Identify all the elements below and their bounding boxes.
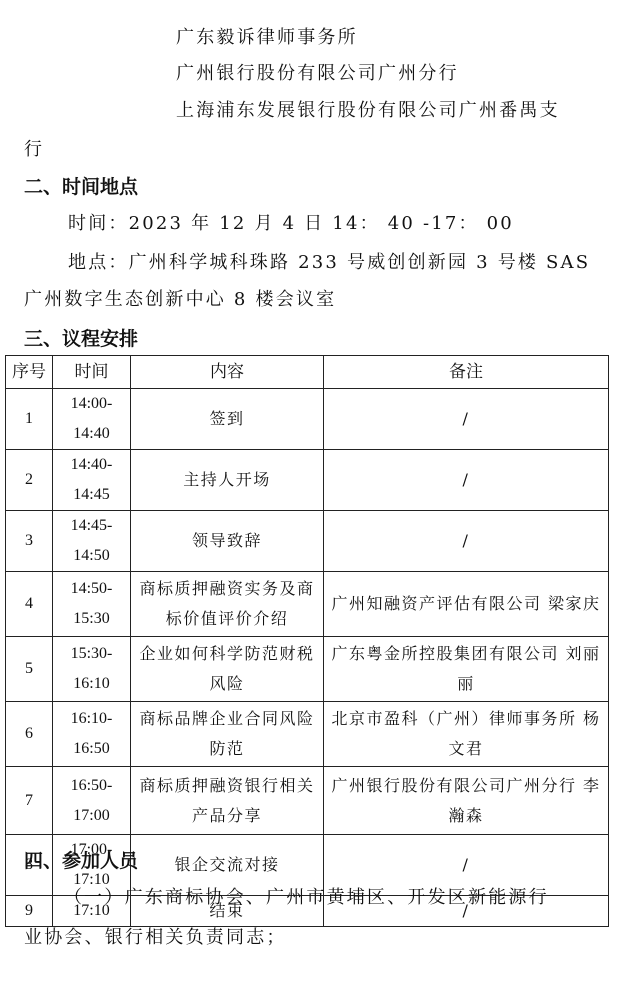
org-line-3-wrap: 行 [24,138,44,162]
section-heading-participants: 四、参加人员 [24,849,138,873]
cell-content: 主持人开场 [131,450,324,511]
header-content: 内容 [131,356,324,389]
cell-content: 领导致辞 [131,511,324,572]
section-heading-agenda: 三、议程安排 [24,327,138,351]
cell-time: 16:10-16:50 [53,702,131,767]
cell-content: 企业如何科学防范财税风险 [131,637,324,702]
cell-note: 广州知融资产评估有限公司 梁家庆 [324,572,609,637]
cell-time: 14:50-15:30 [53,572,131,637]
cell-num: 5 [6,637,53,702]
cell-note: 广州银行股份有限公司广州分行 李瀚森 [324,767,609,835]
cell-note: / [324,511,609,572]
cell-num: 4 [6,572,53,637]
table-header-row: 序号 时间 内容 备注 [6,356,609,389]
org-line-3: 上海浦东发展银行股份有限公司广州番禺支 [176,99,560,123]
header-note: 备注 [324,356,609,389]
cell-content: 商标质押融资实务及商标价值评价介绍 [131,572,324,637]
cell-time: 14:00-14:40 [53,389,131,450]
header-time: 时间 [53,356,131,389]
org-line-1: 广东毅诉律师事务所 [176,26,358,50]
cell-num: 2 [6,450,53,511]
cell-num: 7 [6,767,53,835]
org-line-2: 广州银行股份有限公司广州分行 [176,62,459,86]
time-line: 时间：2023 年 12 月 4 日 14： 40 -17： 00 [68,212,514,236]
cell-num: 3 [6,511,53,572]
table-row: 6 16:10-16:50 商标品牌企业合同风险防范 北京市盈科（广州）律师事务… [6,702,609,767]
header-num: 序号 [6,356,53,389]
cell-time: 15:30-16:10 [53,637,131,702]
cell-num: 9 [6,896,53,927]
section-heading-time-place: 二、时间地点 [24,175,138,199]
cell-time: 14:45-14:50 [53,511,131,572]
cell-note: 广东粤金所控股集团有限公司 刘丽丽 [324,637,609,702]
table-row: 4 14:50-15:30 商标质押融资实务及商标价值评价介绍 广州知融资产评估… [6,572,609,637]
cell-time: 16:50-17:00 [53,767,131,835]
cell-time: 14:40-14:45 [53,450,131,511]
agenda-table: 序号 时间 内容 备注 1 14:00-14:40 签到 / 2 14:40-1… [5,355,609,927]
cell-content: 商标品牌企业合同风险防范 [131,702,324,767]
participants-line-2: 业协会、银行相关负责同志； [24,926,287,950]
cell-note: / [324,450,609,511]
table-row: 5 15:30-16:10 企业如何科学防范财税风险 广东粤金所控股集团有限公司… [6,637,609,702]
cell-content: 商标质押融资银行相关产品分享 [131,767,324,835]
table-row: 7 16:50-17:00 商标质押融资银行相关产品分享 广州银行股份有限公司广… [6,767,609,835]
table-row: 2 14:40-14:45 主持人开场 / [6,450,609,511]
table-row: 1 14:00-14:40 签到 / [6,389,609,450]
place-line-2: 广州数字生态创新中心 8 楼会议室 [24,288,336,312]
place-line-1: 地点：广州科学城科珠路 233 号威创创新园 3 号楼 SAS [68,251,590,275]
cell-note: 北京市盈科（广州）律师事务所 杨文君 [324,702,609,767]
cell-content: 签到 [131,389,324,450]
table-row: 3 14:45-14:50 领导致辞 / [6,511,609,572]
cell-note: / [324,389,609,450]
cell-num: 6 [6,702,53,767]
participants-line-1: （一）广东商标协会、广州市黄埔区、开发区新能源行 [64,886,549,910]
cell-num: 1 [6,389,53,450]
